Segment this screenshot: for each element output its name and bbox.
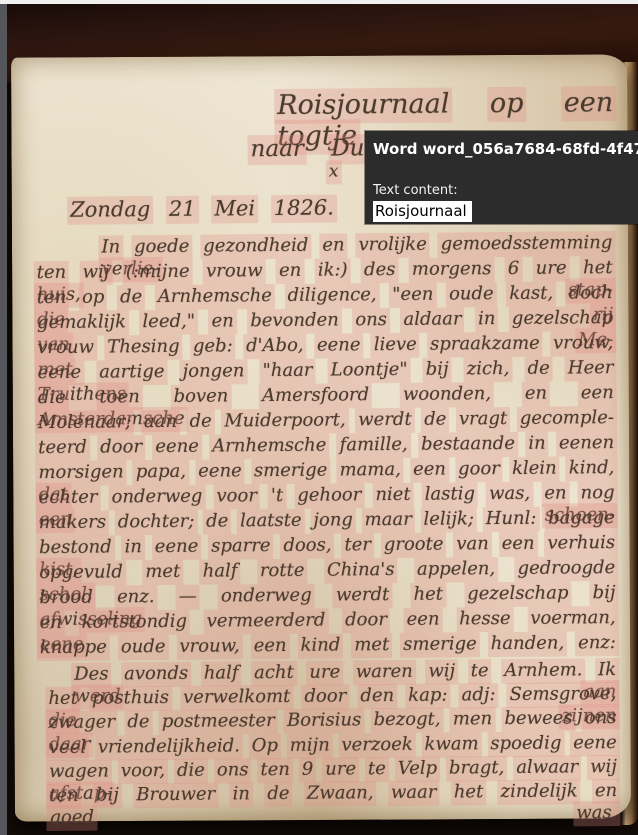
word-highlight[interactable]: op	[487, 87, 527, 122]
word-highlight[interactable]: rotte	[257, 559, 308, 584]
word-highlight[interactable]: vriendelijkheid.	[95, 734, 243, 760]
word-highlight[interactable]: vrolijke	[355, 233, 429, 259]
word-highlight[interactable]: 6	[505, 257, 523, 282]
word-highlight[interactable]: Velp	[395, 756, 440, 781]
word-highlight[interactable]: doos,	[280, 533, 334, 558]
word-highlight[interactable]: teerd	[35, 436, 90, 461]
date-line: Zondag 21 Mei 1826.	[67, 195, 337, 221]
word-highlight[interactable]: in	[475, 307, 499, 332]
tooltip-text-content-label: Text content:	[373, 183, 638, 198]
word-highlight[interactable]: half	[201, 661, 242, 686]
viewer-left-gutter	[0, 4, 7, 835]
word-highlight[interactable]: gecomple-	[517, 406, 617, 432]
tooltip-text-content-value: Roisjournaal	[373, 201, 472, 222]
word-highlight[interactable]: 't	[268, 484, 286, 509]
word-highlight[interactable]: in	[525, 432, 549, 457]
word-highlight[interactable]: Mei	[211, 195, 258, 223]
word-highlight[interactable]: adj:	[458, 683, 498, 708]
word-highlight[interactable]: —	[176, 585, 200, 610]
word-highlight[interactable]: niet	[372, 483, 413, 508]
word-highlight[interactable]: eene	[152, 535, 202, 560]
word-highlight[interactable]: Borisius	[284, 709, 364, 735]
handwriting-layer: Roisjournaal op een togtje naar Duitschl…	[7, 4, 638, 835]
word-highlight[interactable]: kwam	[421, 732, 481, 758]
manuscript-line: teerd door eene Arnhemsche famille, best…	[35, 432, 617, 459]
word-highlight[interactable]: oude	[446, 282, 497, 307]
word-highlight[interactable]: (:mijne	[123, 260, 193, 286]
word-highlight[interactable]: zich,	[464, 357, 513, 382]
word-highlight[interactable]: famille,	[337, 433, 411, 459]
word-highlight[interactable]: bevonden	[247, 308, 342, 334]
word-highlight[interactable]: bragt,	[446, 756, 508, 782]
word-highlight[interactable]: posthuis	[89, 686, 172, 712]
word-highlight[interactable]: bij	[590, 581, 619, 606]
word-highlight[interactable]: makers	[36, 510, 109, 536]
word-highlight[interactable]: enz:	[575, 631, 619, 656]
manuscript-photo: Roisjournaal op een togtje naar Duitschl…	[7, 4, 638, 835]
word-highlight[interactable]: voor	[213, 484, 260, 509]
word-highlight[interactable]: werdt	[333, 583, 393, 609]
word-highlight[interactable]: des	[361, 258, 399, 283]
word-highlight[interactable]: kortstondig	[79, 610, 191, 636]
word-highlight[interactable]: smerige	[251, 459, 331, 485]
word-highlight[interactable]: spraakzame	[427, 332, 543, 358]
word-highlight[interactable]: vrouw,	[176, 634, 242, 660]
word-highlight[interactable]: klein	[509, 457, 560, 482]
manuscript-line: knappe oude vrouw, een kind met smerige …	[37, 632, 619, 659]
word-highlight[interactable]: appelen,	[414, 557, 498, 583]
word-highlight[interactable]: ure	[306, 660, 343, 685]
word-highlight[interactable]: vragt	[456, 407, 510, 432]
word-highlight[interactable]: China's	[324, 558, 398, 584]
word-highlight[interactable]: verzoek	[338, 732, 416, 758]
word-highlight[interactable]: kap:	[405, 684, 450, 709]
word-highlight[interactable]: leed,"	[139, 310, 198, 336]
word-highlight[interactable]: een	[404, 608, 443, 633]
word-highlight[interactable]: de	[203, 509, 231, 534]
window-top-strip	[0, 0, 638, 4]
word-highlight[interactable]: Arnhem.	[501, 658, 585, 684]
word-highlight[interactable]: gezondheid	[200, 234, 311, 260]
word-highlight[interactable]: Loontje"	[328, 358, 411, 384]
word-highlight[interactable]: geb:	[190, 334, 236, 359]
word-highlight[interactable]: vrouw	[203, 259, 266, 285]
word-highlight[interactable]: x	[326, 160, 342, 184]
word-highlight[interactable]: voerman,	[527, 606, 619, 632]
word-highlight[interactable]: te	[365, 757, 389, 782]
word-highlight[interactable]: woonden,	[400, 382, 494, 408]
word-highlight[interactable]: door	[97, 435, 145, 460]
word-highlight[interactable]: goed	[46, 806, 97, 831]
word-highlight[interactable]: een	[410, 457, 449, 482]
word-highlight[interactable]: Brouwer	[133, 783, 218, 809]
word-highlight[interactable]: bewees	[501, 707, 575, 733]
word-highlight[interactable]: vermeerderd	[204, 609, 329, 635]
word-highlight[interactable]: en	[522, 382, 550, 407]
word-highlight[interactable]: Muiderpoort,	[221, 408, 349, 434]
word-highlight[interactable]: dochter;	[115, 510, 198, 536]
word-highlight[interactable]: 1826.	[271, 194, 337, 223]
word-highlight[interactable]: kind	[297, 633, 343, 658]
word-highlight[interactable]: en	[208, 309, 236, 334]
word-highlight[interactable]: lieve	[371, 333, 420, 358]
word-highlight[interactable]: den	[357, 684, 397, 709]
word-highlight[interactable]: eene	[195, 459, 245, 484]
word-highlight[interactable]: en	[276, 259, 304, 284]
word-highlight[interactable]: Op	[249, 734, 281, 759]
word-highlight[interactable]: sparre	[208, 534, 274, 560]
word-highlight[interactable]: Amersfoord	[259, 383, 372, 409]
word-highlight[interactable]: mama,	[336, 458, 404, 484]
word-highlight[interactable]: een	[561, 86, 617, 121]
word-highlight[interactable]: wij	[425, 659, 458, 684]
word-highlight[interactable]: wij	[80, 260, 113, 285]
word-highlight[interactable]: oude	[118, 635, 169, 660]
word-highlight[interactable]: goor	[455, 457, 503, 482]
word-highlight[interactable]: maar	[362, 508, 415, 533]
word-highlight[interactable]: papa,	[133, 460, 189, 485]
word-highlight[interactable]: onderweg	[108, 485, 205, 511]
word-highlight[interactable]: waar	[388, 781, 440, 806]
word-highlight[interactable]: was,	[573, 801, 620, 826]
manuscript-line: veel vriendelijkheid. Op mijn verzoek kw…	[46, 732, 620, 759]
word-highlight[interactable]: het	[410, 583, 446, 608]
word-highlight[interactable]: waren	[353, 660, 416, 686]
word-highlight[interactable]: van	[453, 532, 492, 557]
word-highlight[interactable]: Hunl:	[483, 507, 540, 532]
word-highlight[interactable]: onderweg	[218, 584, 315, 610]
word-highlight[interactable]: eene	[570, 731, 620, 756]
word-highlight[interactable]: was,	[486, 482, 533, 507]
word-highlight[interactable]: "een	[389, 283, 436, 308]
word-highlight[interactable]: in	[230, 782, 254, 807]
tooltip-word-id: Word word_056a7684-68fd-4f47-9e5	[373, 140, 638, 158]
word-highlight[interactable]: ons	[582, 706, 620, 731]
word-highlight[interactable]: mijn	[287, 733, 333, 758]
word-highlight[interactable]: die	[174, 758, 208, 783]
word-highlight[interactable]: bij	[93, 783, 122, 808]
word-highlight[interactable]: kind,	[566, 456, 618, 481]
word-highlight[interactable]: ons	[214, 758, 252, 783]
word-highlight[interactable]: met	[351, 633, 392, 658]
word-highlight[interactable]: gemoedsstemming	[438, 231, 616, 258]
word-highlight[interactable]: gezelschap	[464, 581, 571, 607]
word-highlight[interactable]: ik:)	[315, 258, 351, 283]
word-highlight[interactable]: bestaande	[418, 432, 518, 458]
word-highlight[interactable]: naar	[247, 135, 306, 166]
word-highlight[interactable]: eenen	[556, 431, 617, 457]
word-highlight[interactable]: "haar	[259, 359, 315, 384]
manuscript-line: makers dochter; de laatste jong maar lel…	[36, 507, 618, 534]
word-highlight[interactable]: diligence,	[284, 283, 379, 309]
word-highlight[interactable]: door	[342, 608, 390, 633]
word-highlight[interactable]: zindelijk	[498, 779, 581, 805]
word-highlight[interactable]: ten	[257, 758, 293, 783]
word-highlight[interactable]: aan	[141, 410, 180, 435]
word-highlight[interactable]: ons	[352, 308, 390, 333]
word-highlight[interactable]: een	[578, 381, 617, 406]
word-highlight[interactable]: aldaar	[400, 307, 464, 333]
word-highlight[interactable]: Arnhemsche	[155, 284, 275, 310]
word-highlight[interactable]: Roisjournaal	[274, 87, 453, 124]
word-highlight[interactable]: 21	[166, 196, 199, 224]
word-highlight[interactable]: 9	[299, 757, 317, 782]
word-highlight[interactable]: morgens	[409, 257, 495, 283]
word-highlight[interactable]: ter	[341, 533, 374, 558]
word-highlight[interactable]: handen,	[488, 631, 568, 657]
word-highlight[interactable]: gedroogde	[514, 556, 618, 582]
word-highlight[interactable]: op	[79, 285, 108, 310]
word-highlight[interactable]: een	[251, 634, 290, 659]
word-highlight[interactable]: avonds	[121, 662, 191, 688]
word-highlight[interactable]: Zondag	[67, 196, 153, 225]
word-highlight[interactable]: het	[451, 780, 487, 805]
word-highlight[interactable]: eene	[152, 435, 202, 460]
word-highlight[interactable]: verhuis	[544, 531, 618, 557]
word-highlight[interactable]: te	[468, 659, 492, 684]
word-highlight[interactable]: hesse	[456, 607, 514, 632]
word-highlight[interactable]: spoedig	[487, 731, 564, 757]
word-highlight[interactable]: bij	[423, 357, 452, 382]
word-highlight[interactable]: de	[264, 782, 292, 807]
word-highlight[interactable]: veel	[46, 735, 89, 760]
word-highlight[interactable]: Zwaan,	[304, 781, 377, 807]
word-highlight[interactable]: de	[124, 710, 152, 735]
word-highlight[interactable]: Arnhemsche	[209, 434, 329, 460]
word-highlight[interactable]: bagage	[545, 506, 618, 532]
word-highlight[interactable]: de	[524, 357, 552, 382]
word-highlight[interactable]: een	[499, 532, 538, 557]
word-highlight[interactable]: door	[301, 685, 349, 710]
word-highlight[interactable]: eene	[314, 333, 364, 358]
word-highlight[interactable]: ure	[322, 757, 359, 782]
word-highlight[interactable]: alwaar	[513, 755, 581, 781]
word-highlight[interactable]: jongen	[180, 359, 248, 385]
word-highlight[interactable]: jong	[310, 508, 356, 533]
word-highlight[interactable]: Molenaar;	[35, 410, 135, 436]
word-highlight[interactable]: in	[121, 535, 145, 560]
word-highlight[interactable]: lelijk;	[420, 507, 477, 532]
word-highlight[interactable]: voor,	[118, 759, 168, 784]
word-tooltip: Word word_056a7684-68fd-4f47-9e5 Text co…	[365, 131, 638, 224]
word-highlight[interactable]: men	[450, 707, 496, 732]
word-highlight[interactable]: de	[186, 410, 214, 435]
word-highlight[interactable]: werdt	[355, 408, 415, 434]
word-highlight[interactable]: laatste	[237, 509, 305, 535]
word-highlight[interactable]: groote	[381, 533, 447, 559]
cross-mark: x	[326, 161, 342, 181]
word-highlight[interactable]: lastig	[422, 482, 478, 507]
word-highlight[interactable]: wij	[587, 755, 620, 780]
manuscript-line: Molenaar; aan de Muiderpoort, werdt de v…	[35, 407, 617, 434]
word-highlight[interactable]: met	[142, 560, 183, 585]
word-highlight[interactable]: Thesing	[104, 335, 183, 361]
word-highlight[interactable]: smerige	[400, 632, 480, 658]
word-highlight[interactable]: vrouw,	[550, 331, 616, 357]
word-highlight[interactable]: de	[117, 285, 145, 310]
word-highlight[interactable]: de	[421, 407, 449, 432]
screenshot-root: Roisjournaal op een togtje naar Duitschl…	[0, 0, 638, 835]
word-highlight[interactable]: acht	[251, 661, 297, 686]
word-highlight[interactable]: kast,	[506, 282, 556, 307]
word-highlight[interactable]: knappe	[37, 635, 110, 661]
word-highlight[interactable]: verwelkomt	[180, 685, 294, 711]
word-highlight[interactable]: d'Abo,	[243, 334, 307, 360]
word-highlight[interactable]: gehoor	[294, 483, 364, 509]
word-highlight[interactable]: en	[319, 233, 347, 258]
word-highlight[interactable]: half	[200, 559, 241, 584]
word-highlight[interactable]: bezogt,	[370, 708, 443, 734]
word-highlight[interactable]: postmeester	[159, 709, 278, 735]
manuscript-line: ten bij Brouwer in de Zwaan, waar het zi…	[46, 780, 620, 829]
word-highlight[interactable]: Heer	[565, 356, 617, 381]
